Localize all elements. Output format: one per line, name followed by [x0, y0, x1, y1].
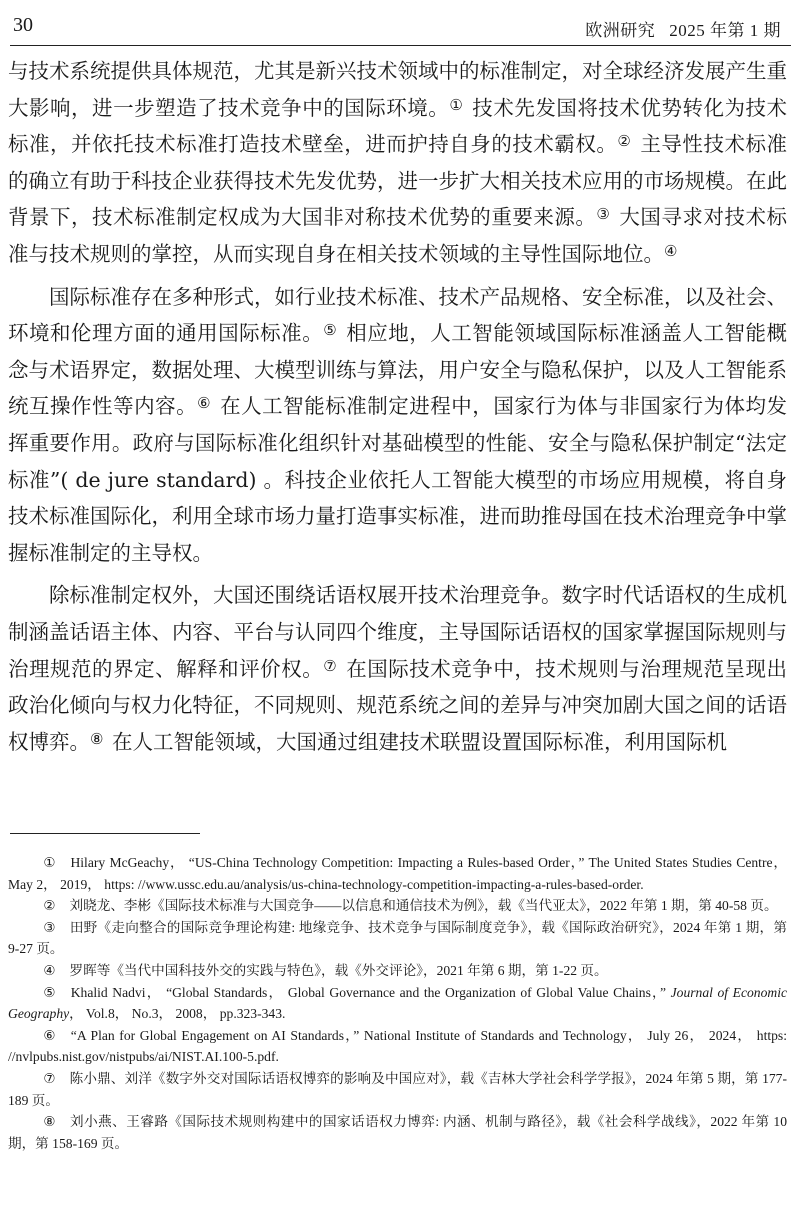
footnote-ref-marker[interactable]: ⑧	[90, 730, 103, 748]
footnote-ref-marker[interactable]: ①	[449, 96, 463, 114]
footnote-7: ⑦陈小鼎、刘洋《数字外交对国际话语权博弈的影响及中国应对》，载《吉林大学社会科学…	[8, 1068, 787, 1111]
footnote-3: ③田野《走向整合的国际竞争理论构建: 地缘竞争、技术竞争与国际制度竞争》，载《国…	[8, 917, 787, 960]
footnote-text: Khalid Nadvi， “Global Standards， Global …	[71, 985, 671, 1000]
footnote-separator	[10, 833, 200, 834]
footnote-ref-marker[interactable]: ⑤	[323, 321, 337, 339]
footnote-text: 刘小燕、王睿路《国际技术规则构建中的国家话语权力博弈: 内涵、机制与路径》，载《…	[8, 1114, 787, 1151]
footnote-number: ⑥	[43, 1028, 56, 1043]
paragraph-text: 在人工智能标准制定进程中，国家行为体与非国家行为体均发挥重要作用。政府与国际标准…	[8, 394, 787, 564]
journal-issue-label: 欧洲研究2025 年第 1 期	[585, 16, 781, 41]
footnote-number: ⑤	[43, 985, 56, 1000]
footnote-2: ②刘晓龙、李彬《国际技术标准与大国竞争——以信息和通信技术为例》，载《当代亚太》…	[8, 895, 787, 917]
page-number: 30	[13, 14, 33, 37]
paragraph-text: 在人工智能领域，大国通过组建技术联盟设置国际标准，利用国际机	[105, 730, 727, 754]
body-text: 与技术系统提供具体规范，尤其是新兴技术领域中的标准制定，对全球经济发展产生重大影…	[8, 53, 787, 760]
footnote-ref-marker[interactable]: ⑥	[197, 394, 211, 412]
footnote-text: “A Plan for Global Engagement on AI Stan…	[8, 1028, 787, 1065]
running-header: 30 欧洲研究2025 年第 1 期	[10, 8, 791, 46]
journal-name: 欧洲研究	[585, 21, 655, 40]
paragraph-2: 国际标准存在多种形式，如行业技术标准、技术产品规格、安全标准，以及社会、环境和伦…	[8, 279, 787, 572]
footnote-ref-marker[interactable]: ②	[617, 132, 631, 150]
issue-label: 2025 年第 1 期	[669, 21, 781, 40]
footnote-ref-marker[interactable]: ④	[664, 242, 677, 260]
footnote-number: ⑦	[43, 1071, 55, 1086]
footnote-text: 田野《走向整合的国际竞争理论构建: 地缘竞争、技术竞争与国际制度竞争》，载《国际…	[8, 920, 787, 957]
footnote-number: ⑧	[43, 1114, 56, 1129]
footnote-4: ④罗晖等《当代中国科技外交的实践与特色》，载《外交评论》，2021 年第 6 期…	[8, 960, 787, 982]
footnote-ref-marker[interactable]: ⑦	[323, 657, 337, 675]
footnote-6: ⑥“A Plan for Global Engagement on AI Sta…	[8, 1025, 787, 1068]
footnote-number: ①	[43, 855, 56, 870]
footnote-text: ， Vol.8， No.3， 2008， pp.323-343.	[69, 1006, 285, 1021]
paragraph-3: 除标准制定权外，大国还围绕话语权展开技术治理竞争。数字时代话语权的生成机制涵盖话…	[8, 577, 787, 760]
footnote-number: ④	[43, 963, 55, 978]
footnote-number: ②	[43, 898, 55, 913]
footnote-text: Hilary McGeachy， “US-China Technology Co…	[8, 855, 787, 892]
footnote-text: 刘晓龙、李彬《国际技术标准与大国竞争——以信息和通信技术为例》，载《当代亚太》，…	[70, 898, 778, 913]
footnote-number: ③	[43, 920, 55, 935]
footnote-1: ①Hilary McGeachy， “US-China Technology C…	[8, 852, 787, 895]
footnote-text: 罗晖等《当代中国科技外交的实践与特色》，载《外交评论》，2021 年第 6 期，…	[70, 963, 608, 978]
footnote-ref-marker[interactable]: ③	[596, 205, 610, 223]
footnote-8: ⑧刘小燕、王睿路《国际技术规则构建中的国家话语权力博弈: 内涵、机制与路径》，载…	[8, 1111, 787, 1154]
paragraph-1: 与技术系统提供具体规范，尤其是新兴技术领域中的标准制定，对全球经济发展产生重大影…	[8, 53, 787, 273]
footnotes-list: ①Hilary McGeachy， “US-China Technology C…	[8, 852, 787, 1154]
footnote-5: ⑤Khalid Nadvi， “Global Standards， Global…	[8, 982, 787, 1025]
footnote-text: 陈小鼎、刘洋《数字外交对国际话语权博弈的影响及中国应对》，载《吉林大学社会科学学…	[8, 1071, 787, 1108]
